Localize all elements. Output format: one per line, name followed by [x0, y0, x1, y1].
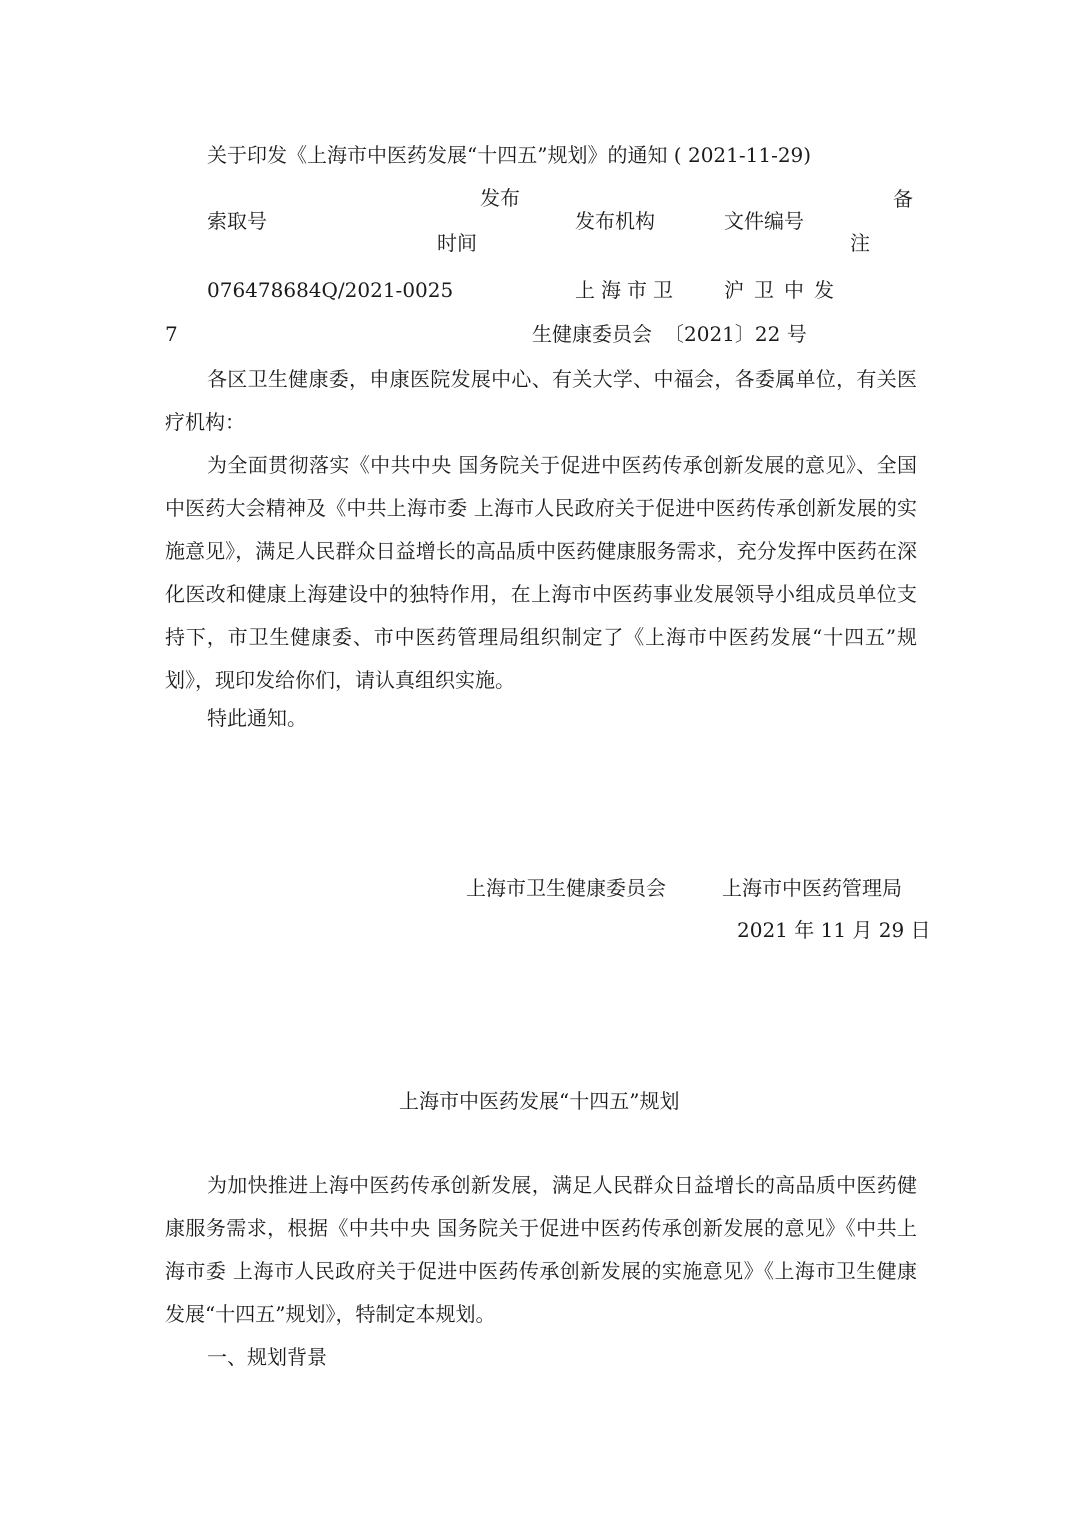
section-1-heading: 一、规划背景	[207, 1345, 327, 1369]
notice-body-paragraph: 为全面贯彻落实《中共中央 国务院关于促进中医药传承创新发展的意见》、全国中医药大…	[165, 444, 917, 702]
closing-line: 特此通知。	[207, 706, 307, 730]
cell-index-no-1: 076478684Q/2021-0025	[207, 278, 453, 302]
cell-doc-no-2: 〔2021〕22 号	[664, 322, 807, 346]
cell-publisher-1: 上海市卫	[575, 278, 679, 302]
cell-publisher-2: 生健康委员会	[532, 322, 652, 346]
plan-title: 上海市中医药发展“十四五”规划	[399, 1089, 679, 1113]
plan-intro-paragraph: 为加快推进上海中医药传承创新发展，满足人民群众日益增长的高品质中医药健康服务需求…	[165, 1164, 917, 1336]
header-publish-time-2: 时间	[437, 231, 477, 255]
recipients-paragraph: 各区卫生健康委，申康医院发展中心、有关大学、中福会，各委属单位，有关医疗机构：	[165, 358, 917, 444]
cell-doc-no-1: 沪卫中发	[724, 278, 844, 302]
notice-title: 关于印发《上海市中医药发展“十四五”规划》的通知 ( 2021-11-29)	[207, 143, 811, 167]
signature-org-2: 上海市中医药管理局	[722, 876, 902, 900]
signature-org-1: 上海市卫生健康委员会	[466, 876, 666, 900]
header-index-no: 索取号	[207, 209, 267, 233]
header-publish-time-1: 发布	[480, 186, 520, 210]
header-doc-no: 文件编号	[724, 209, 804, 233]
cell-index-no-2: 7	[165, 322, 178, 346]
header-remark-1: 备	[893, 187, 913, 211]
signature-date: 2021 年 11 月 29 日	[737, 918, 931, 942]
header-publisher: 发布机构	[575, 209, 655, 233]
header-remark-2: 注	[850, 231, 870, 255]
